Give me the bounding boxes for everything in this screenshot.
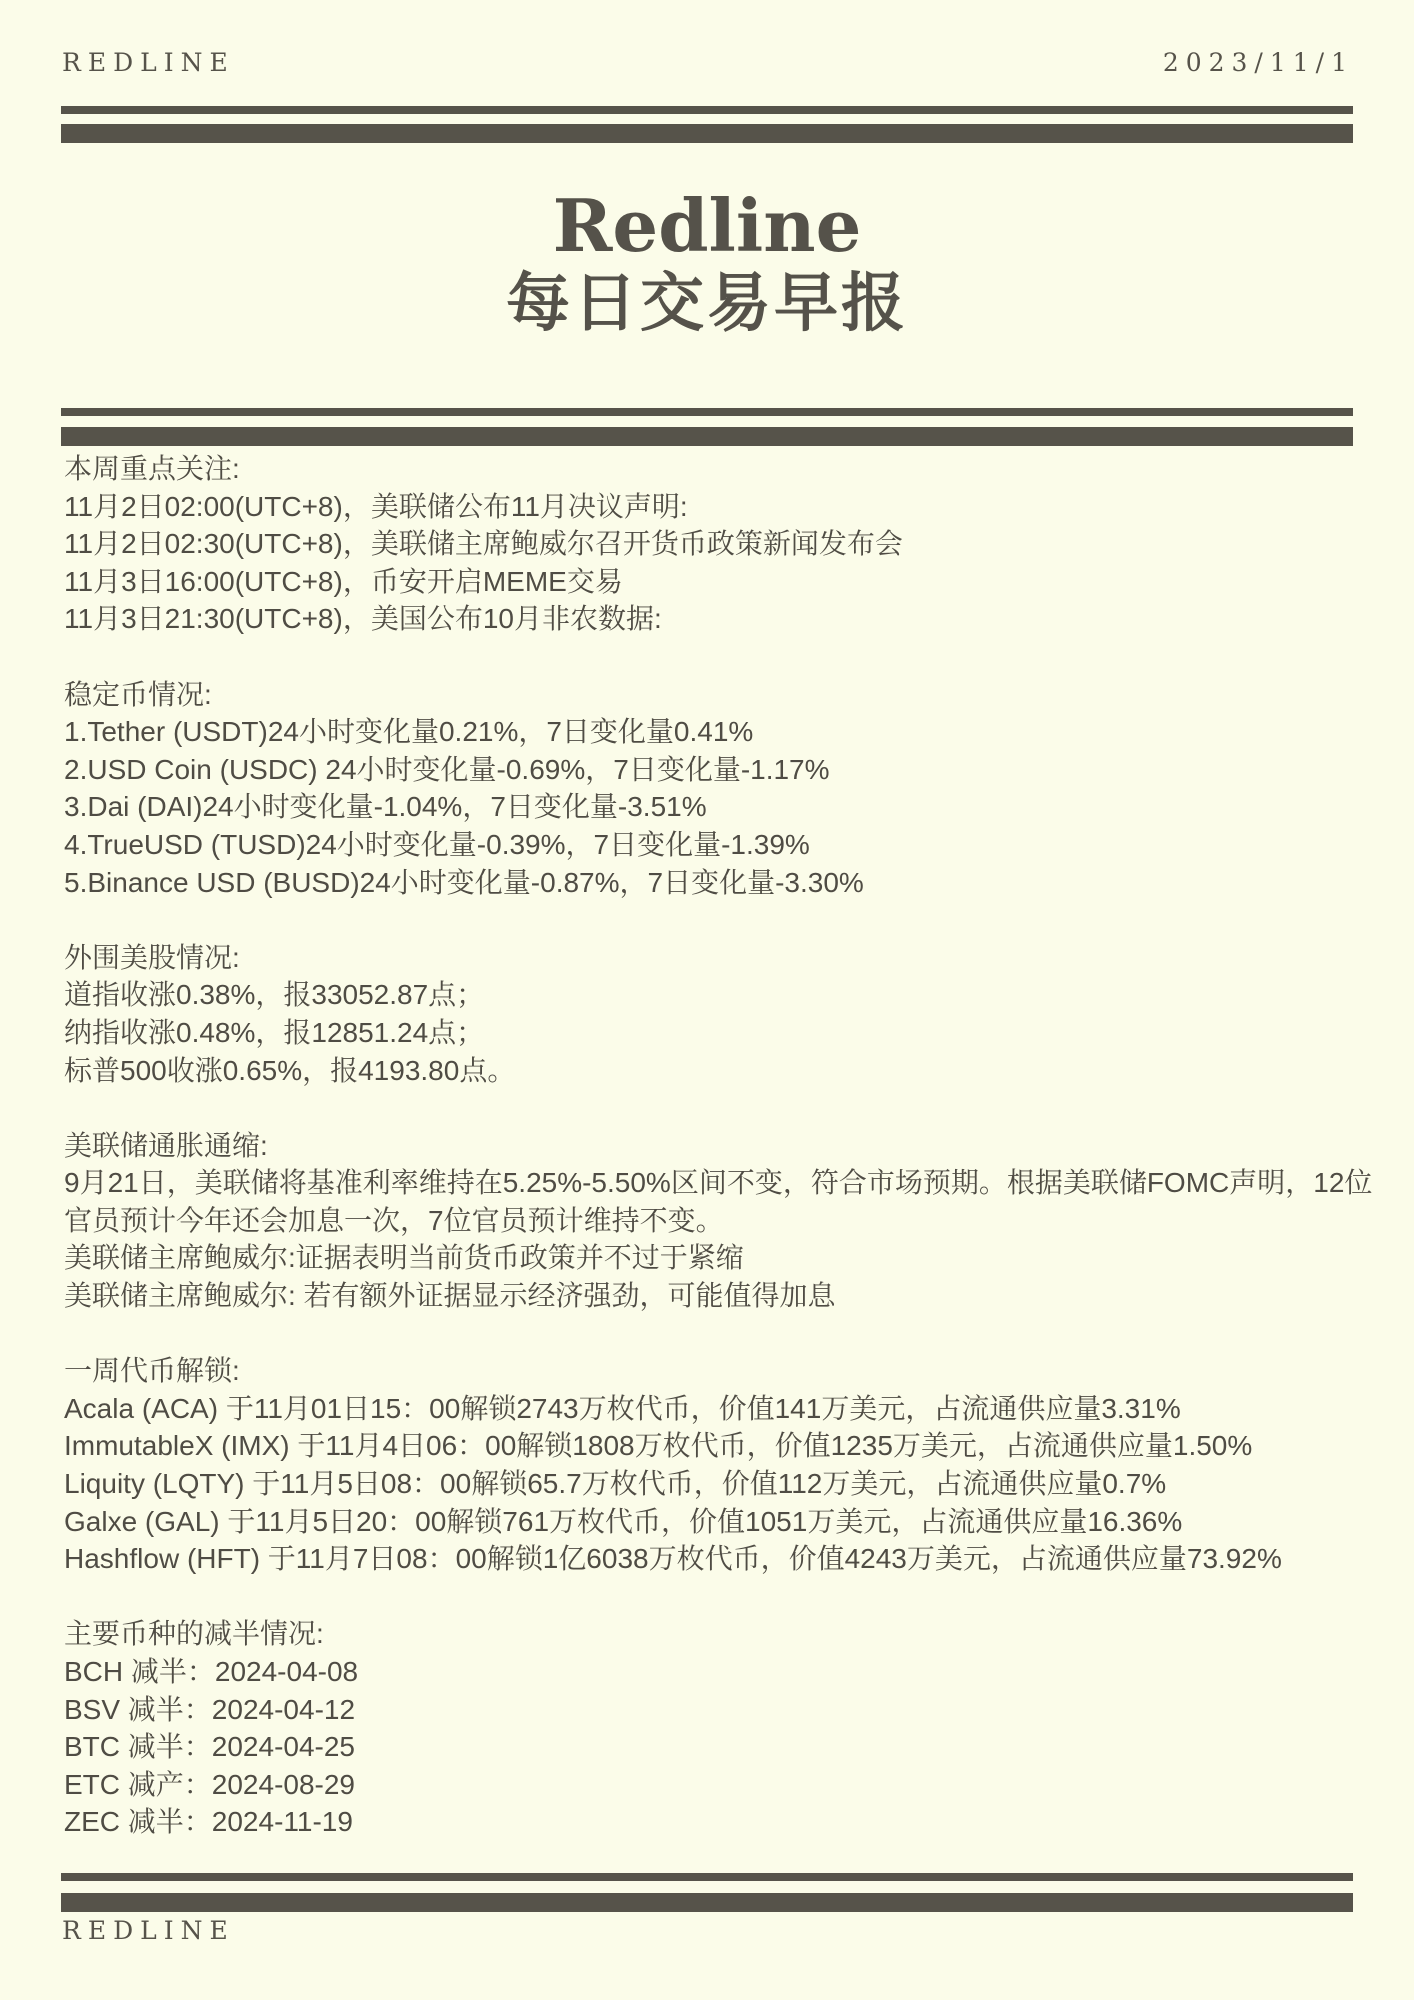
section-line: 纳指收涨0.48%，报12851.24点；	[64, 1014, 1364, 1052]
masthead: REDLINE 2023/11/1	[62, 48, 1354, 77]
report-section: 一周代币解锁:Acala (ACA) 于11月01日15：00解锁2743万枚代…	[64, 1352, 1364, 1578]
masthead-brand: REDLINE	[62, 48, 235, 77]
section-line: ETC 减产：2024-08-29	[64, 1766, 1364, 1804]
section-line: 美联储主席鲍威尔:证据表明当前货币政策并不过于紧缩	[64, 1239, 1364, 1277]
bottom-rule-thick	[61, 1893, 1353, 1912]
top-rule-thin	[61, 106, 1353, 114]
section-line: Acala (ACA) 于11月01日15：00解锁2743万枚代币，价值141…	[64, 1390, 1364, 1428]
mid-rule-thick	[61, 427, 1353, 446]
section-line: Galxe (GAL) 于11月5日20：00解锁761万枚代币，价值1051万…	[64, 1503, 1364, 1541]
section-line: 11月2日02:30(UTC+8)，美联储主席鲍威尔召开货币政策新闻发布会	[64, 525, 1364, 563]
section-line: ZEC 减半：2024-11-19	[64, 1803, 1364, 1841]
section-line: Hashflow (HFT) 于11月7日08：00解锁1亿6038万枚代币，价…	[64, 1540, 1364, 1578]
section-line: 5.Binance USD (BUSD)24小时变化量-0.87%，7日变化量-…	[64, 864, 1364, 902]
section-line: 11月3日16:00(UTC+8)，币安开启MEME交易	[64, 563, 1364, 601]
report-section: 稳定币情况:1.Tether (USDT)24小时变化量0.21%，7日变化量0…	[64, 676, 1364, 902]
section-line: 美联储主席鲍威尔: 若有额外证据显示经济强劲，可能值得加息	[64, 1277, 1364, 1315]
section-line: 道指收涨0.38%，报33052.87点；	[64, 976, 1364, 1014]
section-line: BCH 减半：2024-04-08	[64, 1653, 1364, 1691]
section-line: 9月21日，美联储将基准利率维持在5.25%-5.50%区间不变，符合市场预期。…	[64, 1164, 1364, 1202]
section-heading: 外围美股情况:	[64, 939, 1364, 977]
section-line: 1.Tether (USDT)24小时变化量0.21%，7日变化量0.41%	[64, 713, 1364, 751]
footer-brand: REDLINE	[62, 1916, 235, 1945]
section-heading: 主要币种的减半情况:	[64, 1615, 1364, 1653]
section-heading: 本周重点关注:	[64, 450, 1364, 488]
top-rule-thick	[61, 124, 1353, 143]
report-section: 主要币种的减半情况:BCH 减半：2024-04-08BSV 减半：2024-0…	[64, 1615, 1364, 1841]
mid-rule-thin	[61, 408, 1353, 416]
section-line: 官员预计今年还会加息一次，7位官员预计维持不变。	[64, 1202, 1364, 1240]
section-line: BSV 减半：2024-04-12	[64, 1691, 1364, 1729]
report-body: 本周重点关注:11月2日02:00(UTC+8)，美联储公布11月决议声明:11…	[64, 450, 1364, 1841]
section-line: 3.Dai (DAI)24小时变化量-1.04%，7日变化量-3.51%	[64, 788, 1364, 826]
section-heading: 稳定币情况:	[64, 676, 1364, 714]
newsletter-page: REDLINE 2023/11/1 Redline 每日交易早报 本周重点关注:…	[0, 0, 1414, 2000]
bottom-rule-thin	[61, 1873, 1353, 1881]
section-line: 11月3日21:30(UTC+8)，美国公布10月非农数据:	[64, 600, 1364, 638]
section-heading: 一周代币解锁:	[64, 1352, 1364, 1390]
report-section: 本周重点关注:11月2日02:00(UTC+8)，美联储公布11月决议声明:11…	[64, 450, 1364, 638]
report-section: 外围美股情况:道指收涨0.38%，报33052.87点；纳指收涨0.48%，报1…	[64, 939, 1364, 1089]
title-block: Redline 每日交易早报	[0, 188, 1414, 342]
masthead-date: 2023/11/1	[1163, 48, 1354, 77]
section-line: Liquity (LQTY) 于11月5日08：00解锁65.7万枚代币，价值1…	[64, 1465, 1364, 1503]
section-line: 2.USD Coin (USDC) 24小时变化量-0.69%，7日变化量-1.…	[64, 751, 1364, 789]
section-line: 标普500收涨0.65%，报4193.80点。	[64, 1052, 1364, 1090]
report-section: 美联储通胀通缩:9月21日，美联储将基准利率维持在5.25%-5.50%区间不变…	[64, 1127, 1364, 1315]
section-line: 11月2日02:00(UTC+8)，美联储公布11月决议声明:	[64, 488, 1364, 526]
page-title-zh: 每日交易早报	[0, 264, 1414, 342]
section-line: ImmutableX (IMX) 于11月4日06：00解锁1808万枚代币，价…	[64, 1427, 1364, 1465]
page-title-en: Redline	[0, 188, 1414, 264]
section-line: 4.TrueUSD (TUSD)24小时变化量-0.39%，7日变化量-1.39…	[64, 826, 1364, 864]
section-line: BTC 减半：2024-04-25	[64, 1728, 1364, 1766]
section-heading: 美联储通胀通缩:	[64, 1127, 1364, 1165]
